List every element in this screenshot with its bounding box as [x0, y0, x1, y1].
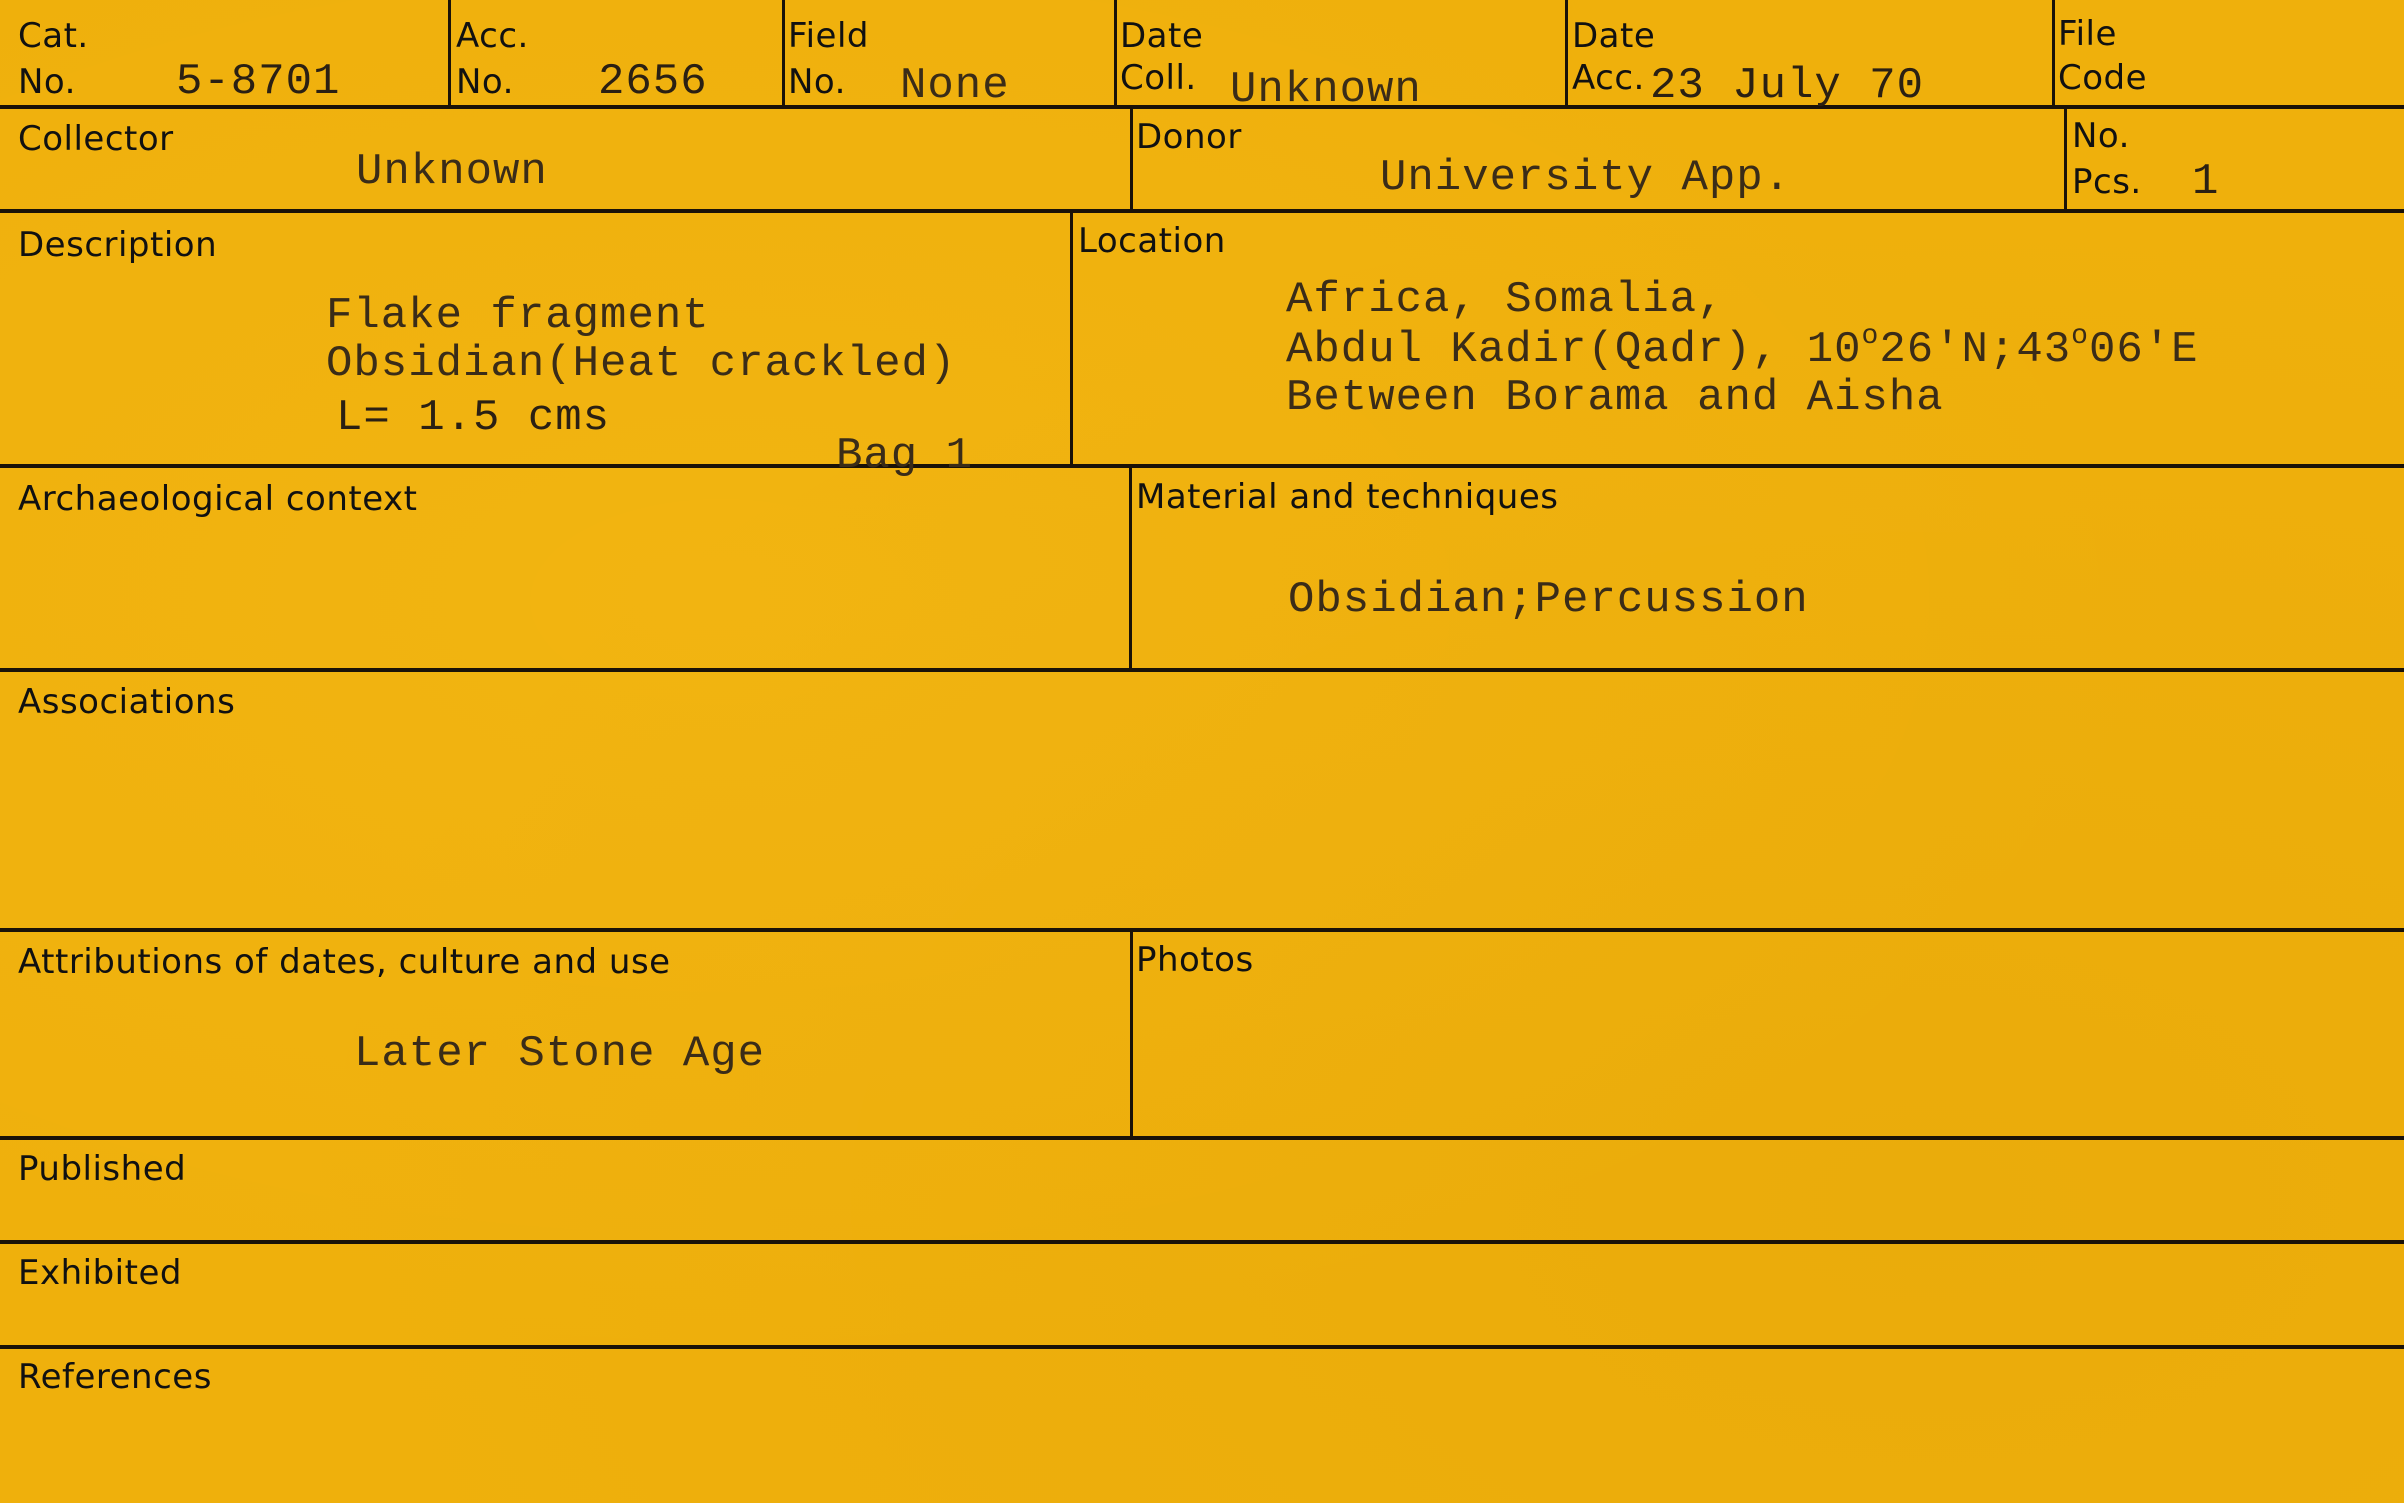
filecode-label-line2: Code	[2058, 56, 2147, 100]
published-label: Published	[18, 1147, 186, 1191]
divider-collector-donor	[1130, 107, 1133, 211]
dateacc-label-line2: Acc.	[1572, 56, 1645, 100]
divider-dateacc-filecode	[2052, 0, 2055, 107]
cat-no-value[interactable]: 5-8701	[176, 58, 340, 106]
archaeological-context-label: Archaeological context	[18, 477, 418, 521]
divider-cat-acc	[448, 0, 451, 107]
rule-row3-bottom	[0, 464, 2404, 468]
divider-attributions-photos	[1130, 930, 1133, 1138]
material-techniques-label: Material and techniques	[1136, 475, 1558, 519]
degree-symbol-lon: o	[2071, 321, 2089, 352]
longitude-degrees: 43	[2016, 325, 2071, 375]
description-line-2[interactable]: Obsidian(Heat crackled)	[326, 340, 956, 388]
donor-value[interactable]: University App.	[1380, 154, 1791, 202]
acc-label-line1: Acc.	[456, 14, 529, 58]
degree-symbol-lat: o	[1862, 321, 1880, 352]
exhibited-label: Exhibited	[18, 1251, 182, 1295]
divider-donor-pcs	[2064, 107, 2067, 211]
datecoll-label-line1: Date	[1120, 14, 1203, 58]
rule-row2-bottom	[0, 209, 2404, 213]
bag-number[interactable]: Bag 1	[836, 432, 973, 480]
rule-row5-bottom	[0, 928, 2404, 932]
collector-label: Collector	[18, 117, 174, 161]
location-line-1[interactable]: Africa, Somalia,	[1286, 276, 1724, 324]
divider-context-material	[1129, 466, 1132, 670]
pcs-label-line2: Pcs.	[2072, 160, 2142, 204]
pcs-value[interactable]: 1	[2192, 158, 2219, 206]
divider-description-location	[1070, 211, 1073, 466]
date-coll-value[interactable]: Unknown	[1230, 66, 1422, 114]
associations-label: Associations	[18, 680, 235, 724]
cat-label-line2: No.	[18, 60, 76, 104]
field-label-line2: No.	[788, 60, 846, 104]
description-line-3[interactable]: L= 1.5 cms	[336, 394, 610, 442]
attributions-value[interactable]: Later Stone Age	[354, 1030, 765, 1078]
attributions-label: Attributions of dates, culture and use	[18, 940, 671, 984]
latitude-degrees: 10	[1807, 325, 1862, 375]
cat-label-line1: Cat.	[18, 14, 89, 58]
acc-no-value[interactable]: 2656	[598, 58, 708, 106]
datecoll-label-line2: Coll.	[1120, 56, 1197, 100]
date-acc-value[interactable]: 23 July 70	[1650, 62, 1924, 110]
description-label: Description	[18, 223, 217, 267]
latitude-minutes: 26'N;	[1879, 325, 2016, 375]
divider-field-datecoll	[1114, 0, 1117, 107]
rule-row8-bottom	[0, 1345, 2404, 1349]
divider-datecoll-dateacc	[1565, 0, 1568, 107]
donor-label: Donor	[1136, 115, 1242, 159]
divider-acc-field	[782, 0, 785, 107]
dateacc-label-line1: Date	[1572, 14, 1655, 58]
collector-value[interactable]: Unknown	[356, 148, 548, 196]
location-line-3[interactable]: Between Borama and Aisha	[1286, 374, 1944, 422]
field-label-line1: Field	[788, 14, 869, 58]
acc-label-line2: No.	[456, 60, 514, 104]
pcs-label-line1: No.	[2072, 114, 2130, 158]
catalog-card: Cat. No. 5-8701 Acc. No. 2656 Field No. …	[0, 0, 2404, 1503]
longitude-minutes: 06'E	[2089, 325, 2199, 375]
rule-row1-bottom	[0, 105, 2404, 109]
references-label: References	[18, 1355, 212, 1399]
material-techniques-value[interactable]: Obsidian;Percussion	[1288, 576, 1809, 624]
rule-row6-bottom	[0, 1136, 2404, 1140]
photos-label: Photos	[1136, 938, 1254, 982]
location-place: Abdul Kadir(Qadr),	[1286, 325, 1807, 375]
field-no-value[interactable]: None	[900, 62, 1010, 110]
rule-row7-bottom	[0, 1240, 2404, 1244]
location-line-2[interactable]: Abdul Kadir(Qadr), 10o26'N;43o06'E	[1286, 326, 2199, 374]
location-label: Location	[1078, 219, 1226, 263]
description-line-1[interactable]: Flake fragment	[326, 292, 710, 340]
rule-row4-bottom	[0, 668, 2404, 672]
filecode-label-line1: File	[2058, 12, 2117, 56]
